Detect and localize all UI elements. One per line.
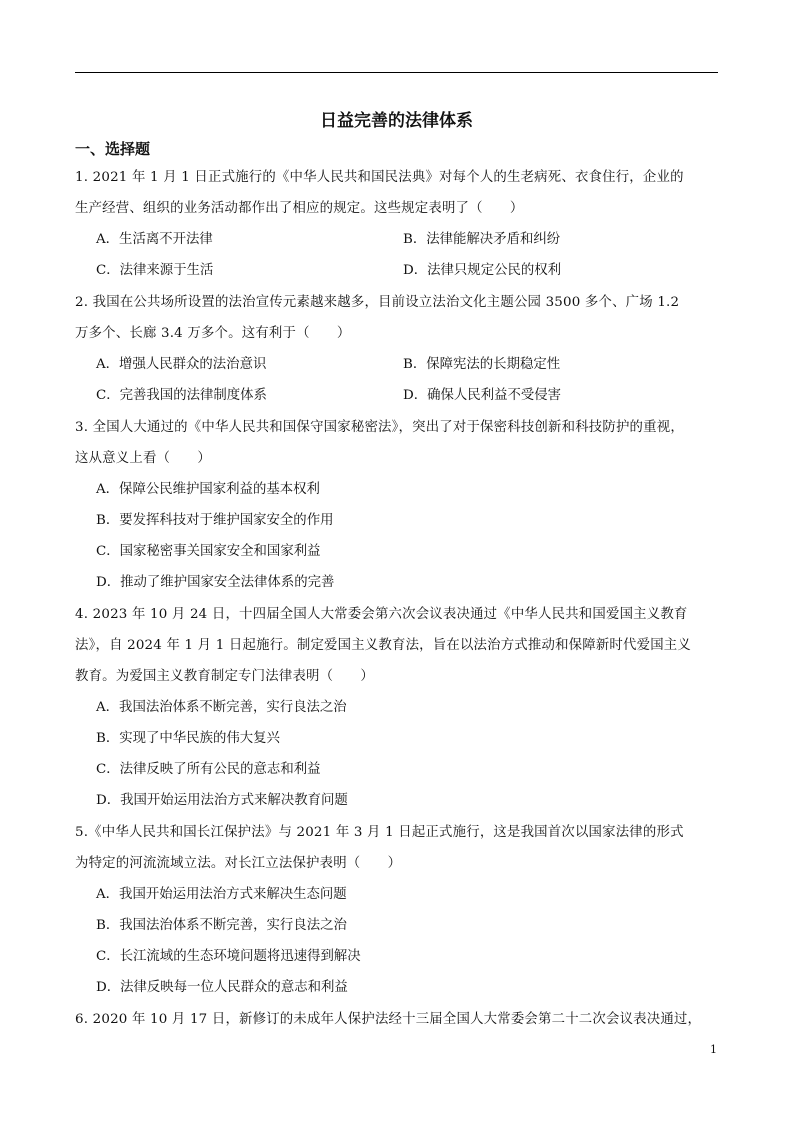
header-rule — [75, 72, 718, 73]
option-b[interactable]: B．法律能解决矛盾和纠纷 — [403, 228, 560, 247]
question-text: 教育。为爱国主义教育制定专门法律表明（ ） — [75, 665, 374, 684]
question-text: 6. 2020 年 10 月 17 日，新修订的未成年人保护法经十三届全国人大常… — [75, 1008, 701, 1027]
section-heading: 一、选择题 — [75, 138, 150, 159]
option-d[interactable]: D．确保人民利益不受侵害 — [403, 384, 561, 403]
option-c[interactable]: C．法律反映了所有公民的意志和利益 — [96, 758, 321, 777]
option-d[interactable]: D．法律只规定公民的权利 — [403, 259, 561, 278]
question-text: 1. 2021 年 1 月 1 日正式施行的《中华人民共和国民法典》对每个人的生… — [75, 166, 684, 185]
option-d[interactable]: D．法律反映每一位人民群众的意志和利益 — [96, 976, 348, 995]
option-b[interactable]: B．保障宪法的长期稳定性 — [403, 353, 560, 372]
question-text: 4. 2023 年 10 月 24 日，十四届全国人大常委会第六次会议表决通过《… — [75, 603, 688, 622]
question-text: 5.《中华人民共和国长江保护法》与 2021 年 3 月 1 日起正式施行，这是… — [75, 821, 684, 840]
question-text: 这从意义上看（ ） — [75, 447, 211, 466]
option-b[interactable]: B．我国法治体系不断完善，实行良法之治 — [96, 914, 347, 933]
option-a[interactable]: A．增强人民群众的法治意识 — [96, 353, 266, 372]
question-text: 2. 我国在公共场所设置的法治宣传元素越来越多，目前设立法治文化主题公园 350… — [75, 291, 679, 310]
option-c[interactable]: C．完善我国的法律制度体系 — [96, 384, 267, 403]
option-a[interactable]: A．生活离不开法律 — [96, 228, 213, 247]
option-d[interactable]: D．我国开始运用法治方式来解决教育问题 — [96, 789, 348, 808]
option-a[interactable]: A．我国开始运用法治方式来解决生态问题 — [96, 883, 347, 902]
question-text: 3. 全国人大通过的《中华人民共和国保守国家秘密法》，突出了对于保密科技创新和科… — [75, 416, 684, 435]
question-text: 生产经营、组织的业务活动都作出了相应的规定。这些规定表明了（ ） — [75, 197, 524, 216]
option-a[interactable]: A．我国法治体系不断完善，实行良法之治 — [96, 696, 347, 715]
option-d[interactable]: D．推动了维护国家安全法律体系的完善 — [96, 571, 334, 590]
question-text: 法》，自 2024 年 1 月 1 日起施行。制定爱国主义教育法，旨在以法治方式… — [75, 634, 691, 653]
page-number: 1 — [710, 1043, 717, 1056]
question-text: 万多个、长廊 3.4 万多个。这有利于（ ） — [75, 322, 350, 341]
question-text: 为特定的河流流域立法。对长江立法保护表明（ ） — [75, 852, 401, 871]
option-c[interactable]: C．法律来源于生活 — [96, 259, 213, 278]
document-title: 日益完善的法律体系 — [0, 106, 793, 131]
option-c[interactable]: C．国家秘密事关国家安全和国家利益 — [96, 540, 321, 559]
option-c[interactable]: C．长江流域的生态环境问题将迅速得到解决 — [96, 945, 361, 964]
option-b[interactable]: B．实现了中华民族的伟大复兴 — [96, 727, 280, 746]
option-a[interactable]: A．保障公民维护国家利益的基本权利 — [96, 478, 320, 497]
option-b[interactable]: B．要发挥科技对于维护国家安全的作用 — [96, 509, 333, 528]
